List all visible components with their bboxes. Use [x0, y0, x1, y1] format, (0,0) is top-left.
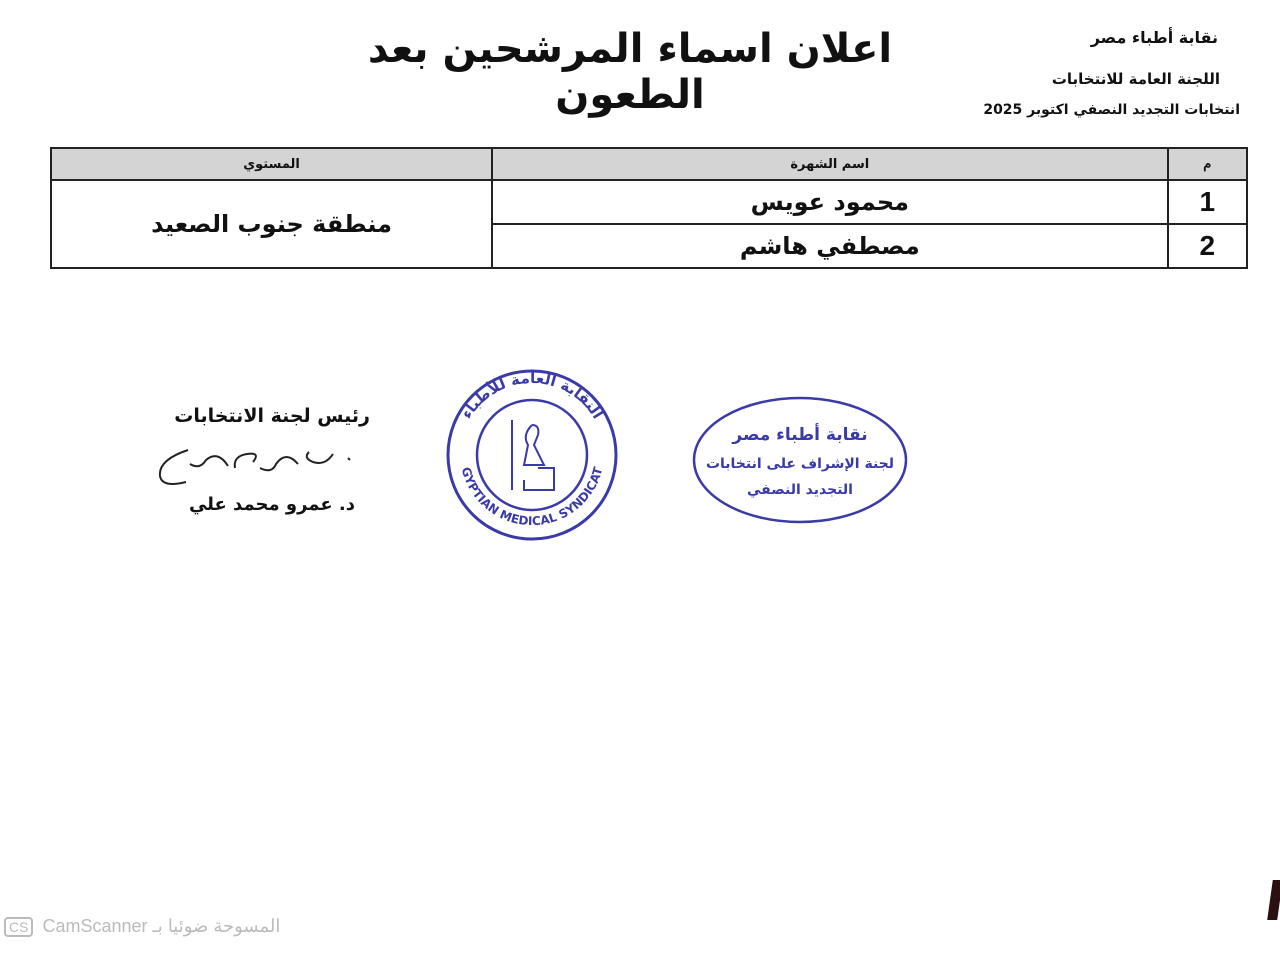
- candidates-table: م اسم الشهرة المستوي 1 محمود عويس منطقة …: [50, 147, 1248, 269]
- handwritten-signature: [148, 444, 358, 490]
- syndicate-round-stamp: النقابة العامة للأطباء EGYPTIAN MEDICAL …: [440, 360, 625, 545]
- chair-name: د. عمرو محمد علي: [140, 494, 355, 515]
- svg-text:النقابة العامة للأطباء: النقابة العامة للأطباء: [457, 369, 607, 422]
- page-title: اعلان اسماء المرشحين بعد الطعون: [300, 26, 960, 118]
- scan-edge: [1267, 880, 1280, 920]
- organization-name: نقابة أطباء مصر: [1091, 28, 1218, 47]
- column-header-level: المستوي: [51, 148, 492, 180]
- svg-text:لجنة الإشراف على انتخابات: لجنة الإشراف على انتخابات: [706, 456, 894, 472]
- election-name: انتخابات التجديد النصفي اكتوبر 2025: [983, 102, 1240, 118]
- camscanner-logo-icon: CS: [4, 917, 33, 937]
- committee-name: اللجنة العامة للانتخابات: [1052, 70, 1220, 88]
- row-number: 2: [1168, 224, 1248, 268]
- chair-title: رئيس لجنة الانتخابات: [140, 405, 370, 427]
- column-header-number: م: [1168, 148, 1248, 180]
- candidate-name: مصطفي هاشم: [492, 224, 1167, 268]
- svg-text:نقابة أطباء مصر: نقابة أطباء مصر: [731, 423, 867, 445]
- watermark-text: CamScanner المسوحة ضوئيا بـ: [42, 916, 280, 936]
- table-row: 1 محمود عويس منطقة جنوب الصعيد: [51, 180, 1247, 224]
- table-header-row: م اسم الشهرة المستوي: [51, 148, 1247, 180]
- row-number: 1: [1168, 180, 1248, 224]
- svg-text:التجديد النصفي: التجديد النصفي: [747, 482, 853, 498]
- column-header-name: اسم الشهرة: [492, 148, 1167, 180]
- candidate-name: محمود عويس: [492, 180, 1167, 224]
- camscanner-watermark: CS CamScanner المسوحة ضوئيا بـ: [4, 916, 280, 937]
- committee-oval-stamp: نقابة أطباء مصر لجنة الإشراف على انتخابا…: [690, 390, 910, 525]
- region-level: منطقة جنوب الصعيد: [51, 180, 492, 268]
